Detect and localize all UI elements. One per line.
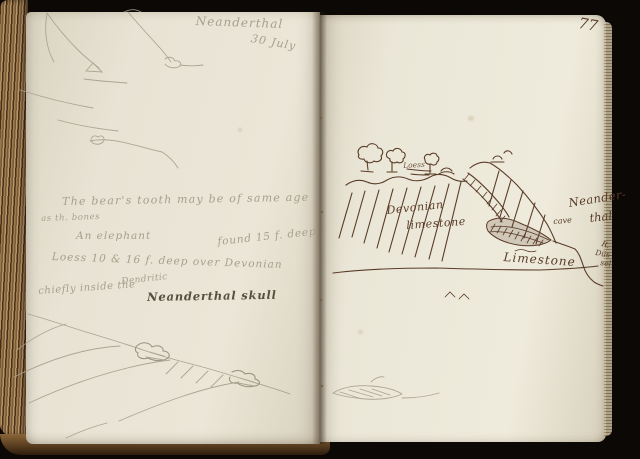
left-page [26, 12, 320, 444]
label-thal: thal [589, 211, 613, 225]
note-line-1-insert: as th. bones [41, 213, 100, 224]
left-page-title: Neanderthal [196, 15, 284, 30]
right-page-edge [604, 22, 612, 436]
foxing-spot [358, 330, 363, 334]
notebook-photo: Neanderthal 30 July The bear's tooth may… [0, 0, 640, 459]
right-page [320, 15, 606, 442]
label-loess: Loess [403, 161, 425, 170]
note-line-2: An elephant [76, 231, 151, 242]
note-neanderthal-skull: Neanderthal skull [147, 290, 277, 304]
book-page-edges [0, 0, 28, 436]
foxing-spot [238, 128, 242, 132]
label-river-sel: sel [600, 259, 612, 268]
page-number: 77 [577, 16, 598, 34]
foxing-spot [468, 116, 474, 121]
label-cave: cave [553, 216, 572, 226]
